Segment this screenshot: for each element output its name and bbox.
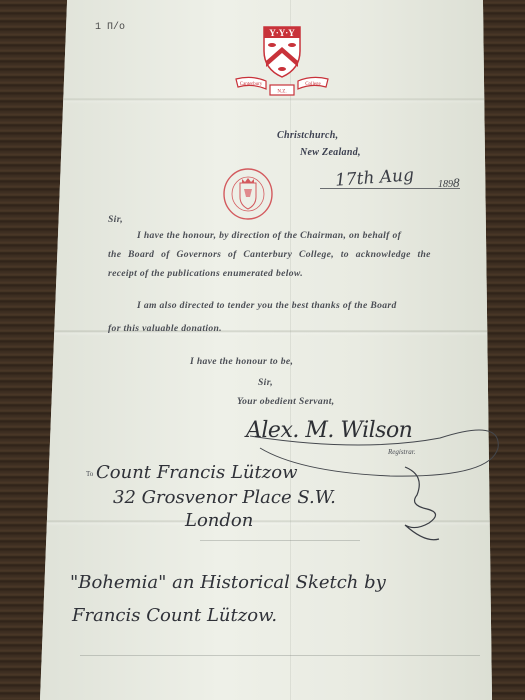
place-city: Christchurch, [277, 130, 338, 141]
publication-line1: "Bohemia" an Historical Sketch by [70, 572, 386, 593]
date-year-suffix: 8 [453, 175, 460, 190]
date-year: 1898 [438, 175, 460, 191]
paragraph1-line2: the Board of Governors of Canterbury Col… [108, 249, 431, 260]
paragraph2-line1: I am also directed to tender you the bes… [137, 300, 397, 311]
publications-rule [80, 655, 480, 656]
letter-paper [40, 0, 492, 700]
closing-line1: I have the honour to be, [190, 356, 293, 367]
recipient-address: 32 Grosvenor Place S.W. [113, 487, 336, 508]
paper-fold-line [290, 0, 291, 700]
recipient-to-label: To [86, 470, 93, 478]
paragraph2-line2: for this valuable donation. [108, 323, 222, 334]
seal-stamp-icon [222, 167, 274, 221]
svg-text:Canterbury: Canterbury [240, 82, 263, 87]
closing-line3: Your obedient Servant, [237, 396, 335, 407]
signature: Alex. M. Wilson [246, 418, 412, 443]
paragraph1-line3: receipt of the publications enumerated b… [108, 268, 303, 279]
address-flourish-icon [395, 465, 445, 545]
publication-line2: Francis Count Lützow. [72, 605, 277, 626]
recipient-city: London [185, 510, 253, 531]
paragraph1-line1: I have the honour, by direction of the C… [137, 230, 401, 241]
closing-line2: Sir, [258, 377, 273, 388]
date-year-prefix: 189 [438, 179, 453, 190]
svg-text:College: College [305, 82, 321, 87]
address-rule [200, 540, 360, 541]
svg-text:N.Z.: N.Z. [277, 90, 286, 95]
signature-title: Registrar. [388, 448, 415, 456]
reference-number: 1 Π/o [95, 22, 125, 33]
canterbury-college-crest-icon: Y·Y·Y Canterbury College N.Z. [232, 25, 332, 97]
recipient-name: Count Francis Lützow [96, 462, 297, 483]
svg-text:Y·Y·Y: Y·Y·Y [269, 28, 295, 38]
salutation: Sir, [108, 214, 123, 225]
place-country: New Zealand, [300, 147, 361, 158]
